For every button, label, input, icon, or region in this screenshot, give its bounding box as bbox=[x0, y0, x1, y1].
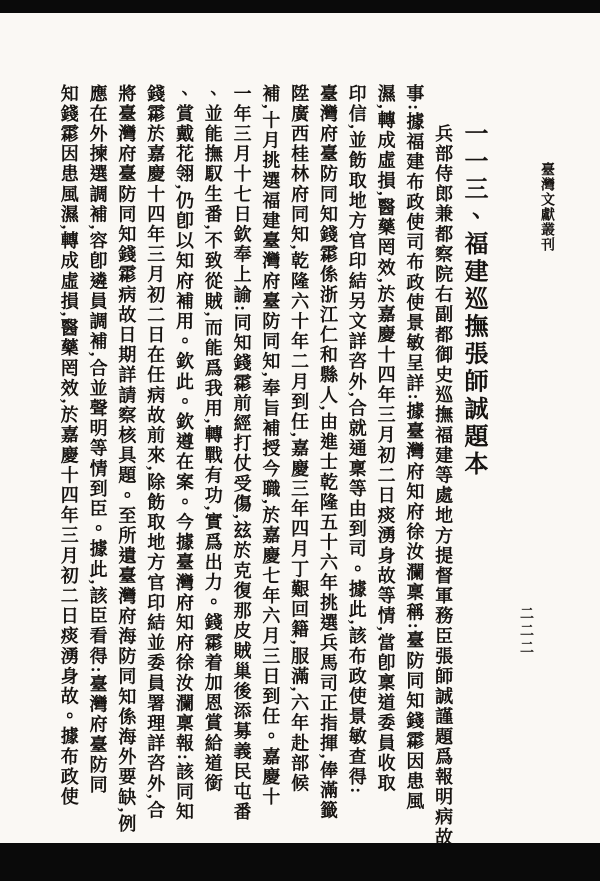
body-column: 、並能撫馭生番,不致從賊,而能爲我用,轉戰有功,實爲出力。錢霦着加恩賞給道銜 bbox=[198, 84, 227, 848]
body-column: 濕,轉成虛損,醫藥罔效,於嘉慶十四年三月初二日痰湧身故等情,當卽稟道委員收取 bbox=[371, 84, 400, 848]
body-column: 印信,並飭取地方官印結另文詳咨外,合就通稟等由到司。據此,該布政使景敏查得: bbox=[342, 84, 371, 848]
body-column: 、賞戴花翎,仍卽以知府補用。欽此。欽遵在案。今據臺灣府知府徐汝瀾稟報:該同知 bbox=[169, 84, 198, 848]
body-column: 臺灣府臺防同知錢霦係浙江仁和縣人,由進士乾隆五十六年挑選兵馬司正指揮,俸滿籤 bbox=[313, 84, 342, 848]
page-number: 二二二 bbox=[515, 606, 535, 657]
top-black-scan-bar bbox=[0, 0, 600, 13]
document-title: 一一三、福建巡撫張師誠題本 bbox=[456, 121, 491, 479]
document-body: 兵部侍郎兼都察院右副都御史巡撫福建等處地方提督軍務臣張師誠謹題爲報明病故 事:據… bbox=[54, 84, 457, 848]
body-column: 應在外揀選調補,容卽遴員調補,合並聲明等情到臣。據此,該臣看得:臺灣府臺防同 bbox=[83, 84, 112, 848]
body-column: 將臺灣府臺防同知錢霦病故日期詳請察核具題。至所遺臺灣府海防同知係海外要缺,例 bbox=[112, 84, 141, 848]
body-column: 事:據福建布政使司布政使景敏呈詳:據臺灣府知府徐汝瀾稟稱:臺防同知錢霦因患風 bbox=[400, 84, 429, 848]
body-column: 補,十月挑選福建臺灣府臺防同知,奉旨補授今職,於嘉慶七年六月三日到任。嘉慶十 bbox=[256, 84, 285, 848]
bottom-black-scan-bar bbox=[0, 843, 600, 881]
scanned-document-page: 臺灣文獻叢刊 二二二 一一三、福建巡撫張師誠題本 兵部侍郎兼都察院右副都御史巡撫… bbox=[0, 0, 600, 881]
running-header: 臺灣文獻叢刊 bbox=[536, 162, 556, 252]
body-column: 陞廣西桂林府同知,乾隆六十年二月到任,嘉慶三年四月丁艱回籍,服滿,六年赴部候 bbox=[284, 84, 313, 848]
body-column: 一年三月十七日欽奉上諭:同知錢霦前經打仗受傷,玆於克復那皮賊巢後添募義民屯番 bbox=[227, 84, 256, 848]
body-column: 錢霦於嘉慶十四年三月初二日在任病故前來,除飭取地方官印結並委員署理詳咨外,合 bbox=[140, 84, 169, 848]
body-column: 兵部侍郎兼都察院右副都御史巡撫福建等處地方提督軍務臣張師誠謹題爲報明病故 bbox=[428, 84, 457, 848]
body-column: 知錢霦因患風濕,轉成虛損,醫藥罔效,於嘉慶十四年三月初二日痰湧身故。據布政使 bbox=[54, 84, 83, 848]
